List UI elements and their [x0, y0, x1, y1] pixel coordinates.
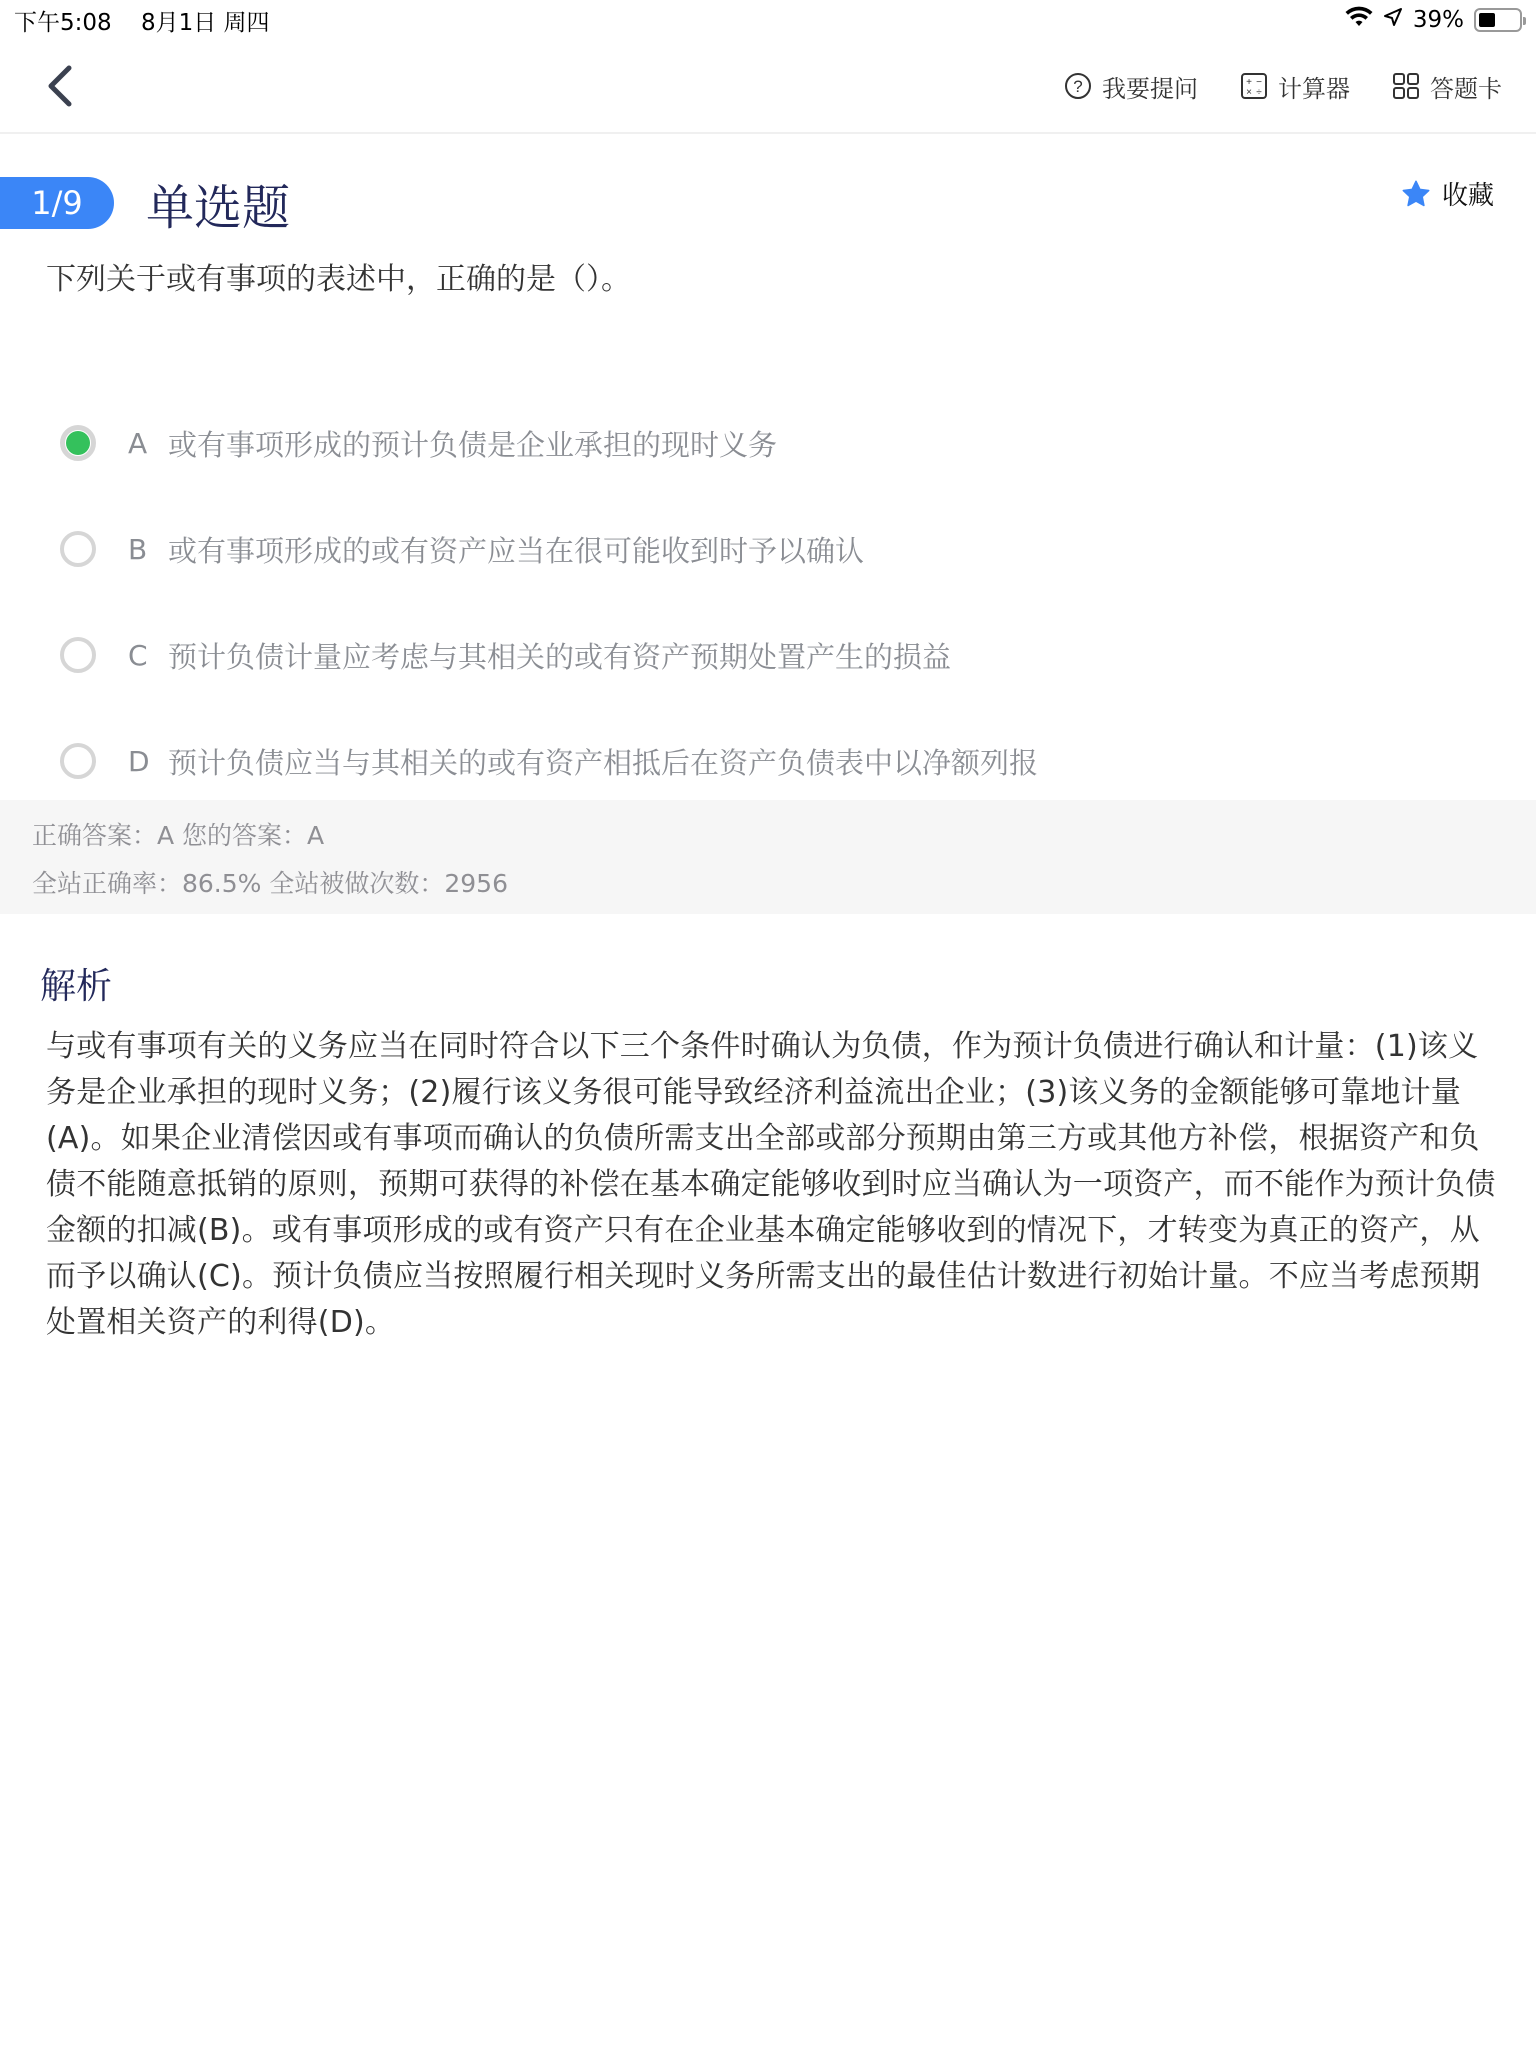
option-letter: A: [128, 427, 168, 460]
svg-text:?: ?: [1073, 77, 1082, 96]
option-b[interactable]: B 或有事项形成的或有资产应当在很可能收到时予以确认: [0, 496, 1536, 602]
svg-text:÷: ÷: [1256, 87, 1262, 98]
radio-unselected-icon[interactable]: [60, 743, 96, 779]
option-text: 预计负债计量应考虑与其相关的或有资产预期处置产生的损益: [168, 635, 951, 676]
answer-card-label: 答题卡: [1430, 69, 1502, 104]
option-text: 或有事项形成的或有资产应当在很可能收到时予以确认: [168, 529, 864, 570]
status-date: 8月1日 周四: [141, 10, 270, 36]
analysis-title: 解析: [40, 958, 112, 1009]
svg-text:×: ×: [1246, 87, 1252, 98]
site-statistics: 全站正确率：86.5% 全站被做次数：2956: [32, 860, 1504, 908]
battery-icon: [1474, 8, 1522, 32]
nav-bar: ? 我要提问 +−×÷ 计算器 答题卡: [0, 40, 1536, 134]
calculator-label: 计算器: [1278, 69, 1350, 104]
question-progress-badge: 1/9: [0, 177, 114, 229]
grid-icon: [1392, 72, 1420, 100]
question-header: 1/9 单选题 收藏: [0, 175, 1536, 231]
star-icon: [1400, 178, 1432, 210]
question-text: 下列关于或有事项的表述中，正确的是（）。: [46, 254, 631, 298]
answer-card-button[interactable]: 答题卡: [1392, 69, 1502, 104]
answer-summary: 正确答案：A 您的答案：A 全站正确率：86.5% 全站被做次数：2956: [0, 800, 1536, 914]
location-icon: [1383, 7, 1403, 33]
status-right: 39%: [1345, 6, 1522, 34]
option-letter: C: [128, 639, 168, 672]
option-a[interactable]: A 或有事项形成的预计负债是企业承担的现时义务: [0, 390, 1536, 496]
option-letter: B: [128, 533, 168, 566]
calculator-button[interactable]: +−×÷ 计算器: [1240, 69, 1350, 104]
option-text: 预计负债应当与其相关的或有资产相抵后在资产负债表中以净额列报: [168, 741, 1038, 782]
radio-unselected-icon[interactable]: [60, 531, 96, 567]
chevron-left-icon: [45, 64, 75, 108]
option-d[interactable]: D 预计负债应当与其相关的或有资产相抵后在资产负债表中以净额列报: [0, 708, 1536, 814]
calculator-icon: +−×÷: [1240, 72, 1268, 100]
option-c[interactable]: C 预计负债计量应考虑与其相关的或有资产预期处置产生的损益: [0, 602, 1536, 708]
question-circle-icon: ?: [1064, 72, 1092, 100]
options-list: A 或有事项形成的预计负债是企业承担的现时义务 B 或有事项形成的或有资产应当在…: [0, 390, 1536, 814]
battery-percent: 39%: [1413, 7, 1464, 33]
nav-actions: ? 我要提问 +−×÷ 计算器 答题卡: [1022, 69, 1502, 104]
radio-unselected-icon[interactable]: [60, 637, 96, 673]
question-type-title: 单选题: [146, 169, 290, 238]
status-bar: 下午5:08 8月1日 周四 39%: [0, 0, 1536, 40]
status-left: 下午5:08 8月1日 周四: [14, 4, 292, 37]
status-time: 下午5:08: [14, 10, 112, 36]
analysis-body: 与或有事项有关的义务应当在同时符合以下三个条件时确认为负债，作为预计负债进行确认…: [46, 1024, 1496, 1346]
favorite-button[interactable]: 收藏: [1400, 175, 1494, 212]
answer-comparison: 正确答案：A 您的答案：A: [32, 812, 1504, 860]
option-letter: D: [128, 745, 168, 778]
favorite-label: 收藏: [1442, 175, 1494, 212]
back-button[interactable]: [20, 46, 100, 126]
wifi-icon: [1345, 6, 1373, 34]
radio-selected-icon[interactable]: [60, 425, 96, 461]
ask-question-button[interactable]: ? 我要提问: [1064, 69, 1198, 104]
option-text: 或有事项形成的预计负债是企业承担的现时义务: [168, 423, 777, 464]
ask-question-label: 我要提问: [1102, 69, 1198, 104]
